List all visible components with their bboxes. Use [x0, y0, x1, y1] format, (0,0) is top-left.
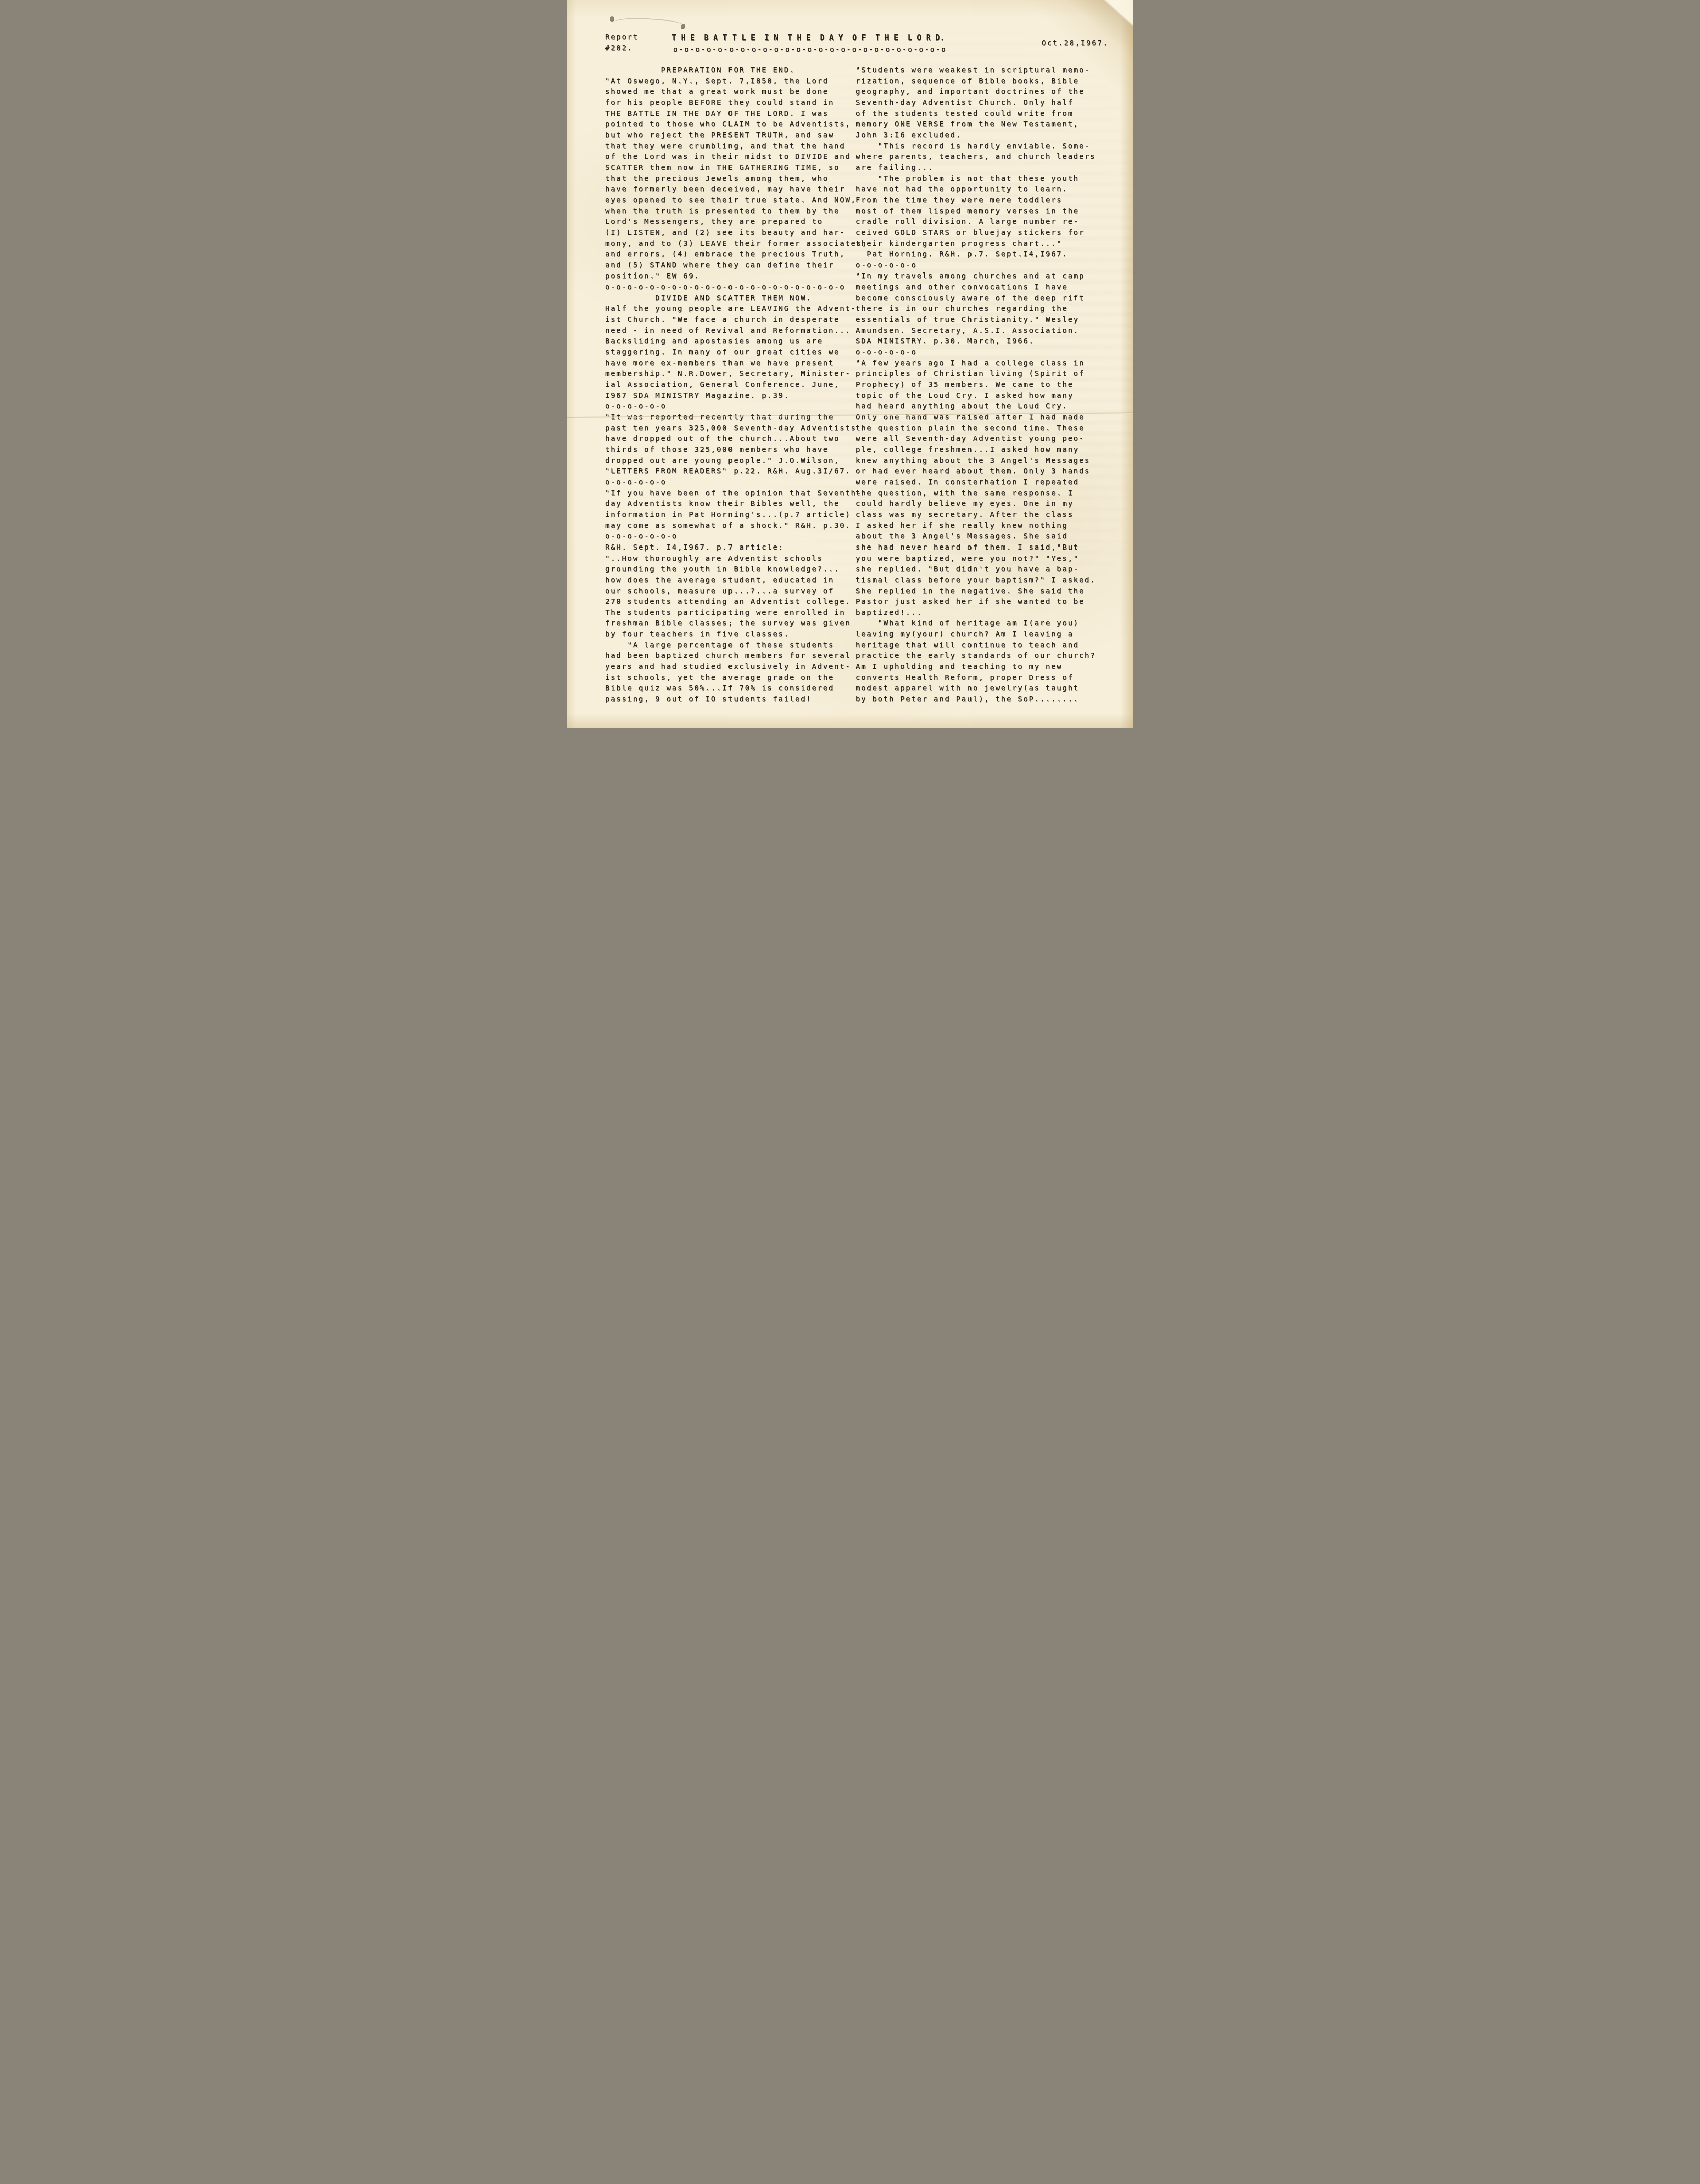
- report-number: Report #202.: [605, 32, 639, 54]
- page-title: T H E B A T T L E I N T H E D A Y O F T …: [672, 33, 945, 42]
- title-divider: o-o-o-o-o-o-o-o-o-o-o-o-o-o-o-o-o-o-o-o-…: [673, 45, 947, 56]
- staple-mark: [612, 16, 686, 30]
- right-column-text: "Students were weakest in scriptural mem…: [856, 65, 1096, 705]
- document-page: Report #202. T H E B A T T L E I N T H E…: [567, 0, 1133, 728]
- page-date: Oct.28,I967.: [1042, 38, 1109, 49]
- left-column-text: PREPARATION FOR THE END. "At Oswego, N.Y…: [605, 65, 868, 705]
- staple-hole-icon: [610, 16, 614, 22]
